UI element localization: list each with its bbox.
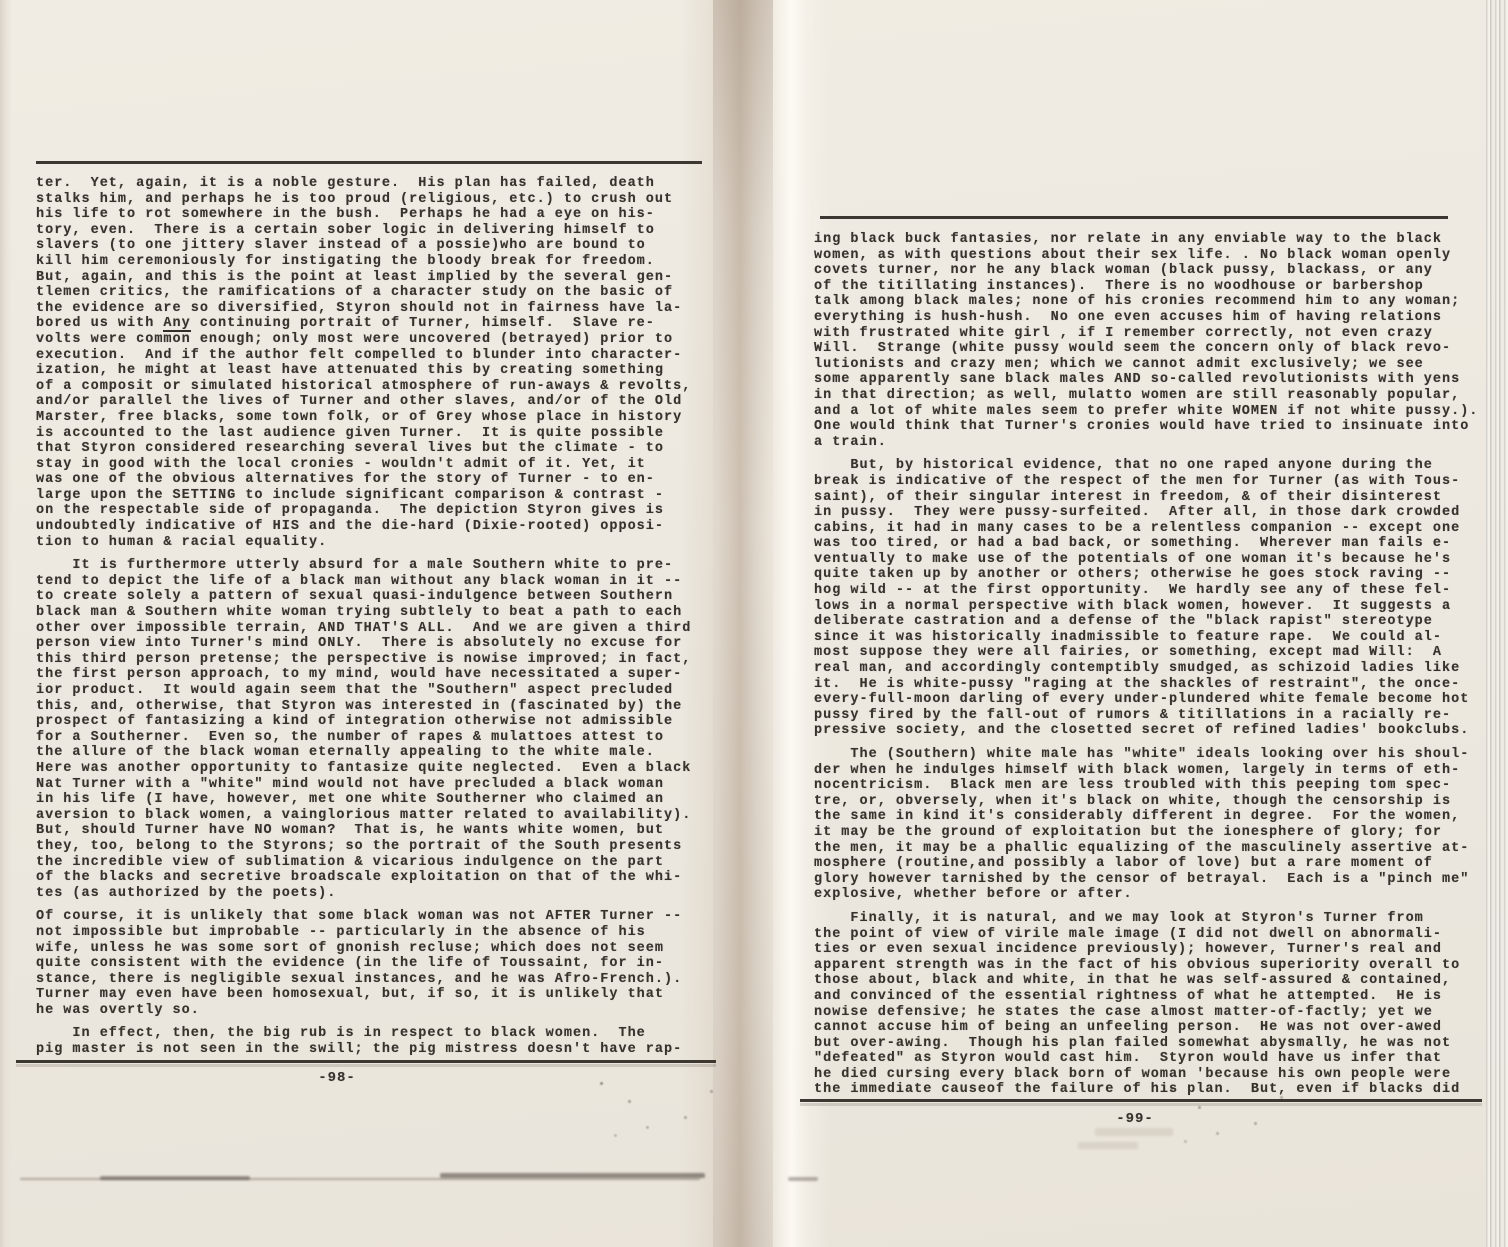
toner-specks: [600, 1082, 603, 1085]
right-page-top-rule: [820, 216, 1448, 219]
right-page-number: -99-: [814, 1111, 1456, 1127]
left-page-bottom-rule: [16, 1060, 716, 1063]
paragraph: But, by historical evidence, that no one…: [814, 458, 1478, 739]
paragraph: Of course, it is unlikely that some blac…: [36, 909, 691, 1018]
book-scan: { "document": { "left_page": { "page_num…: [0, 0, 1508, 1247]
left-page-body: ter. Yet, again, it is a noble gesture. …: [36, 176, 691, 1066]
bleedthrough-ghost: [1095, 1128, 1173, 1136]
paragraph: Finally, it is natural, and we may look …: [814, 911, 1478, 1098]
right-page-body: ing black buck fantasies, nor relate in …: [814, 232, 1478, 1106]
left-page-top-rule: [36, 161, 702, 164]
right-page-bottom-rule: [800, 1099, 1482, 1102]
left-page-number: -98-: [30, 1070, 644, 1086]
smudge-blob: [100, 1176, 250, 1180]
left-page: ter. Yet, again, it is a noble gesture. …: [0, 0, 750, 1247]
smudge-blob: [440, 1173, 705, 1178]
any-word-underline: [163, 330, 191, 332]
paragraph: In effect, then, the big rub is in respe…: [36, 1026, 691, 1057]
paragraph: ter. Yet, again, it is a noble gesture. …: [36, 176, 691, 550]
bleedthrough-ghost: [1078, 1142, 1138, 1149]
paragraph: It is furthermore utterly absurd for a m…: [36, 558, 691, 901]
paragraph: ing black buck fantasies, nor relate in …: [814, 232, 1478, 450]
paragraph: The (Southern) white male has "white" id…: [814, 747, 1478, 903]
toner-specks: [1170, 1088, 1173, 1091]
right-page: ing black buck fantasies, nor relate in …: [750, 0, 1508, 1247]
